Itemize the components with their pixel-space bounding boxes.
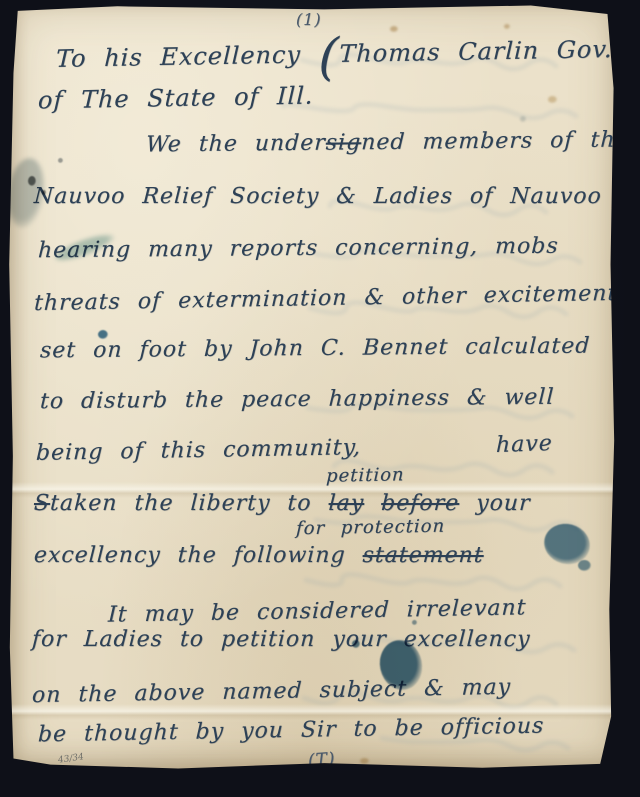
line-body-8-segment: S [33, 491, 50, 516]
line-body-1-segment: ned members of the [361, 127, 630, 155]
line-body-11: for Ladies to petition your excellency [31, 627, 531, 652]
page-number: (1) [296, 10, 322, 29]
line-body-6-segment: to disturb the peace happiness & well [39, 385, 554, 414]
line-body-8-segment: lay [328, 491, 365, 516]
line-body-5-segment: set on foot by John C. Bennet calculated [39, 334, 590, 364]
line-salutation-1-segment: Thomas Carlin Gov. [339, 35, 613, 68]
line-body-13: be thought by you Sir to be officious [38, 714, 545, 748]
line-body-8-segment: taken the liberty to [49, 491, 329, 516]
line-body-3: hearing many reports concerning, mobs [37, 234, 559, 264]
foxing-spot [548, 96, 557, 103]
line-salutation-2-segment: of The State of Ill. [38, 82, 314, 115]
insertion-petition: petition [326, 464, 405, 486]
insertion-for-protection: for protection [296, 516, 446, 540]
pencil-corner-notation: 43/34 [57, 752, 84, 766]
line-body-11-segment: for Ladies to petition your excellency [31, 627, 531, 652]
foxing-spot [390, 26, 398, 32]
line-body-8-segment: your [459, 491, 532, 516]
foxing-spot [504, 24, 510, 29]
line-body-13-segment: be thought by you Sir to be officious [38, 714, 545, 748]
line-body-9: excellency the following statement [33, 543, 484, 568]
line-body-12: on the above named subject & may [32, 675, 512, 708]
line-salutation-1-segment: ( [318, 27, 341, 86]
line-body-5: set on foot by John C. Bennet calculated [39, 334, 590, 364]
line-salutation-2: of The State of Ill. [38, 82, 314, 115]
line-body-8-segment [364, 491, 382, 516]
line-body-1-segment: We the under [145, 131, 326, 158]
line-salutation-1-segment: To his Excellency [56, 40, 320, 73]
line-body-4: threats of extermination & other excitem… [34, 281, 618, 316]
line-salutation-1: To his Excellency (Thomas Carlin Gov. [56, 35, 614, 73]
line-body-7-segment: being of this community, [36, 435, 362, 466]
ink-blot [540, 519, 595, 570]
line-body-7b-segment: have [496, 431, 553, 458]
line-body-8-segment: before [381, 491, 460, 516]
line-body-9-segment: excellency the following [33, 543, 363, 568]
line-body-7b: have [496, 431, 553, 458]
foxing-spot [360, 758, 369, 764]
line-body-10-segment: It may be considered irrelevant [108, 595, 527, 627]
ink-blot [58, 158, 63, 163]
line-body-4-segment: threats of extermination & other excitem… [34, 281, 618, 316]
photograph-background: (1) (T) 43/34 To his Excellency (Thomas … [0, 0, 640, 797]
line-body-2-segment: Nauvoo Relief Society & Ladies of Nauvoo [33, 184, 602, 209]
line-body-12-segment: on the above named subject & may [32, 675, 512, 708]
bottom-flourish-mark: (T) [307, 749, 336, 771]
ink-blot [578, 560, 591, 571]
letter-page: (1) (T) 43/34 To his Excellency (Thomas … [8, 4, 616, 770]
line-body-3-segment: hearing many reports concerning, mobs [37, 234, 559, 264]
line-body-6: to disturb the peace happiness & well [39, 385, 554, 414]
line-body-2: Nauvoo Relief Society & Ladies of Nauvoo [33, 184, 602, 209]
insertion-petition-segment: petition [326, 464, 405, 486]
line-body-1: We the undersigned members of the [145, 127, 630, 157]
line-body-1-segment: sig [325, 130, 361, 155]
line-body-9-segment: statement [362, 543, 484, 568]
foxing-spot [520, 116, 526, 122]
line-body-7: being of this community, [36, 435, 362, 466]
line-body-10: It may be considered irrelevant [108, 595, 527, 627]
line-body-8: Staken the liberty to lay before your [33, 491, 531, 516]
insertion-for-protection-segment: for protection [296, 516, 446, 540]
